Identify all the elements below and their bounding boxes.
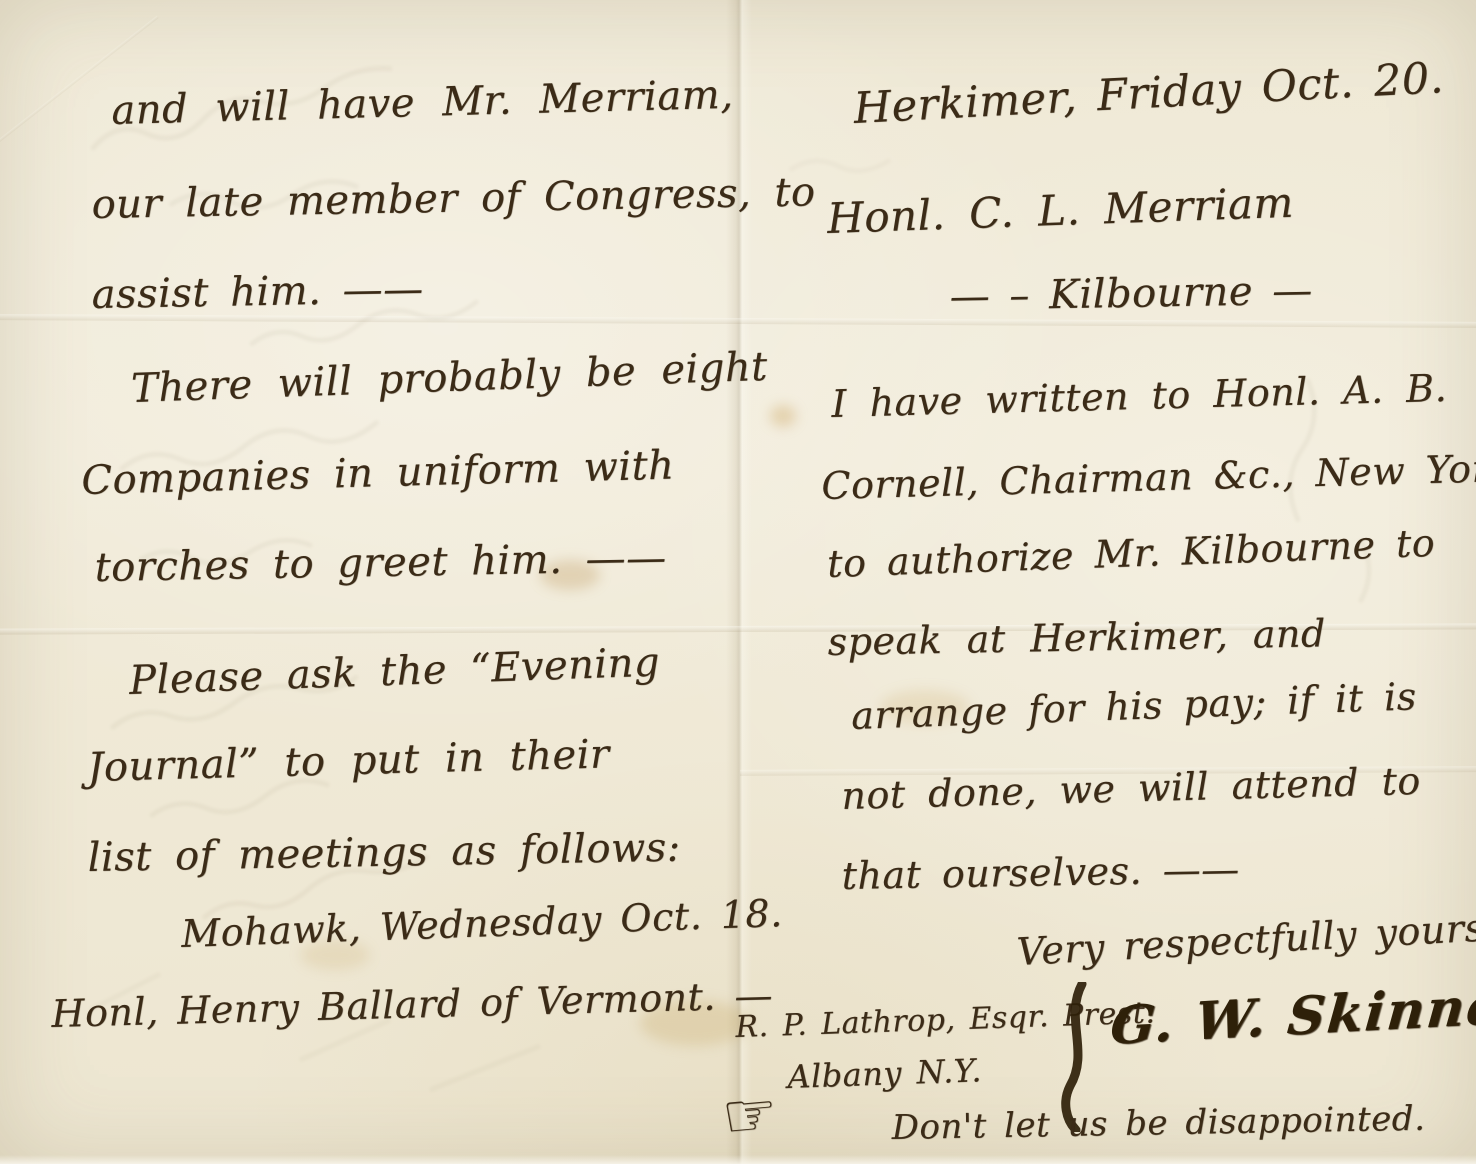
pointing-hand-icon: ☞: [719, 1076, 781, 1154]
address-line: Albany N.Y.: [787, 1051, 983, 1096]
handwritten-line: that ourselves. ——: [841, 847, 1240, 898]
handwritten-line: assist him. ——: [91, 266, 424, 318]
letter-scan: and will have Mr. Merriam, our late memb…: [0, 0, 1476, 1164]
subject-line: — – Kilbourne —: [949, 268, 1313, 320]
handwritten-line: speak at Herkimer, and: [827, 611, 1326, 664]
